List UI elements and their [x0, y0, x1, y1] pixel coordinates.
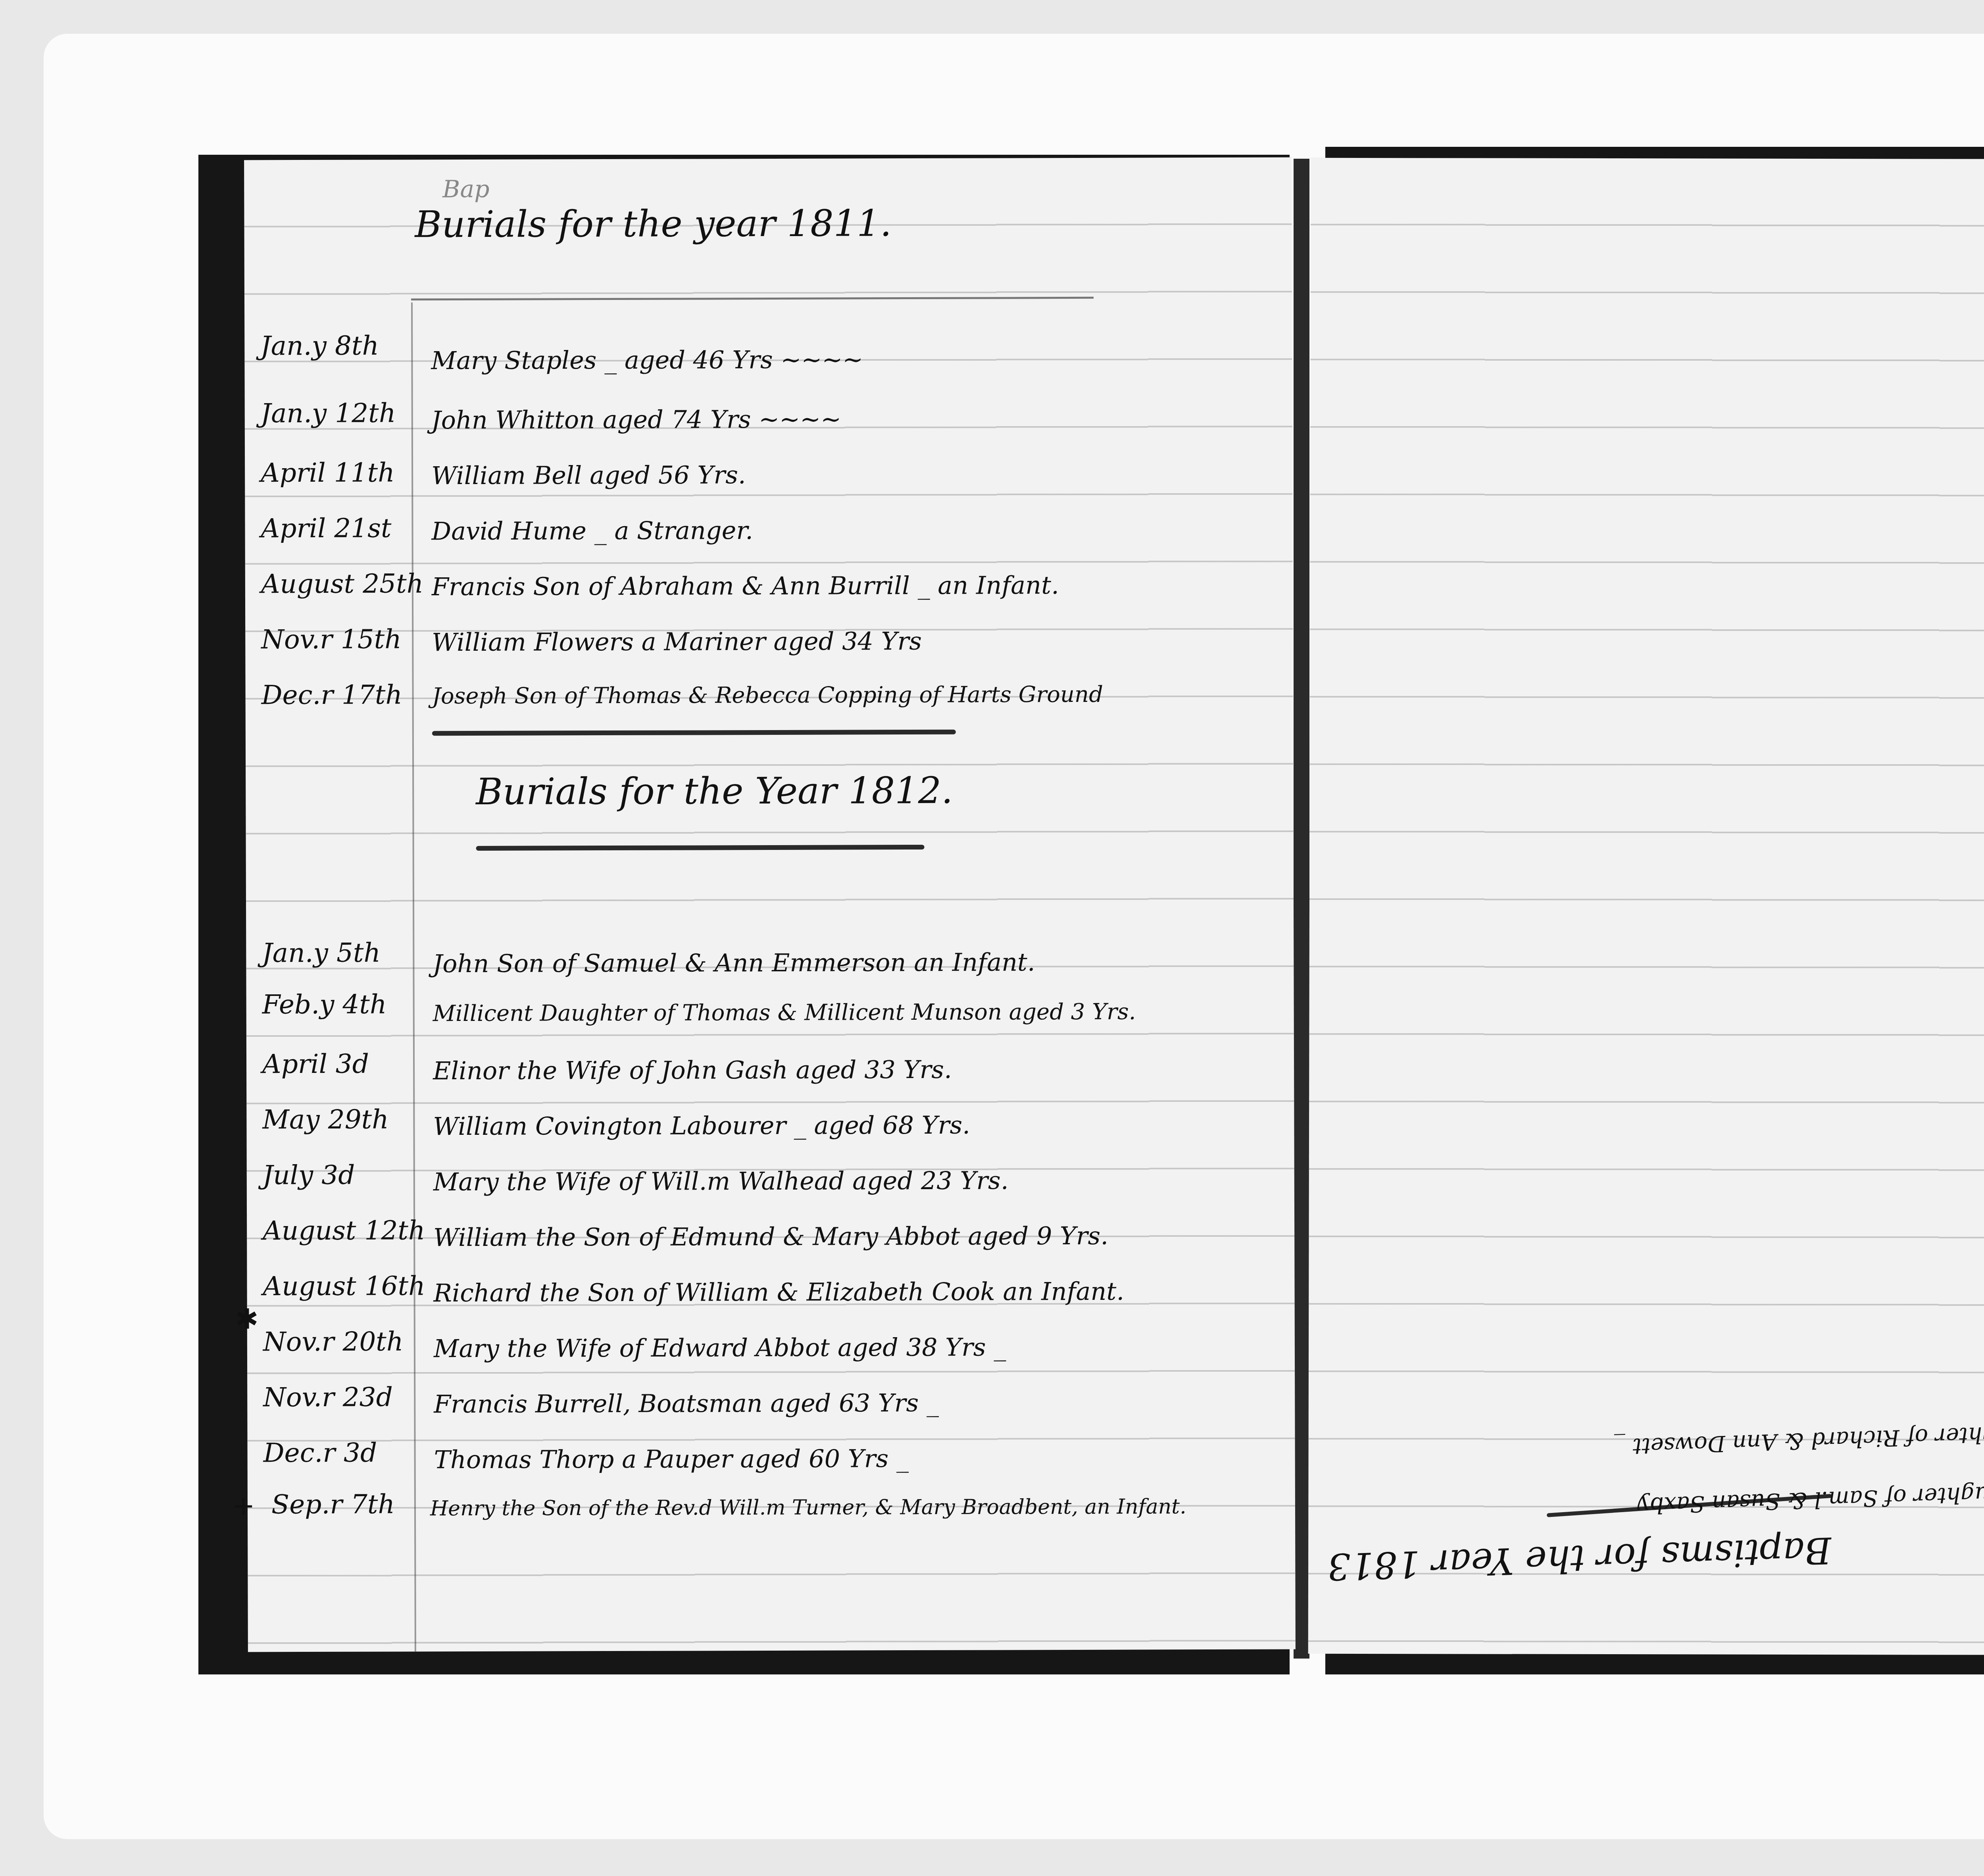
heading-1811: Burials for the year 1811. [415, 202, 892, 246]
entry-text: David Hume _ a Stranger. [431, 516, 753, 546]
entry-text: Francis Burrell, Boatsman aged 63 Yrs _ [434, 1388, 939, 1419]
heading-underline-1811 [411, 297, 1094, 301]
entry-date: August 12th [263, 1215, 429, 1246]
entry-text: Millicent Daughter of Thomas & Millicent… [433, 999, 1136, 1027]
entry-text: Hannah the Daughter of Richard & Ann Dow… [1614, 1415, 1984, 1460]
entry-text: William Covington Labourer _ aged 68 Yrs… [433, 1111, 970, 1141]
entry-date: Dec.r 3d [263, 1437, 430, 1468]
entry-date: July 3d [263, 1159, 429, 1190]
entry-date: Jan.y 5th [262, 937, 429, 968]
entry-date: August 25th [261, 568, 428, 599]
entry-date: May 29th [262, 1104, 429, 1135]
entry-date: April 21st [261, 513, 427, 544]
entry-text: Thomas Thorp a Pauper aged 60 Yrs _ [434, 1444, 909, 1474]
heading-underline-1812 [476, 845, 925, 851]
entry-text: John Whitton aged 74 Yrs ~~~~ [431, 405, 841, 435]
entry-date: Nov.r 23d [263, 1382, 430, 1413]
book-gutter [1294, 159, 1309, 1659]
entry-date: Jan.y 12th [261, 398, 427, 429]
entry-date: Sep.r 7th [271, 1489, 438, 1520]
entry-text: Joseph Son of Thomas & Rebecca Copping o… [432, 682, 1103, 709]
entry-text: Mary the Wife of Will.m Walhead aged 23 … [433, 1166, 1009, 1196]
entry-text: Henry the Son of the Rev.d Will.m Turner… [430, 1495, 1186, 1520]
margin-marker-cross: + [232, 1489, 255, 1522]
entry-date: April 11th [261, 457, 427, 488]
entry-date: April 3d [262, 1048, 429, 1079]
entry-text: Mary Staples _ aged 46 Yrs ~~~~ [431, 345, 863, 375]
entry-date: Dec.r 17th [261, 679, 428, 710]
left-page: Bap Burials for the year 1811. Jan.y 8th… [244, 158, 1296, 1652]
section-divider-rule [432, 730, 956, 736]
entry-date: Feb.y 4th [262, 989, 429, 1020]
entry-text: Francis Son of Abraham & Ann Burrill _ a… [432, 571, 1059, 601]
entry-date: Nov.r 15th [261, 624, 428, 655]
entry-text: Elinor the Wife of John Gash aged 33 Yrs… [433, 1055, 952, 1085]
heading-baptisms-1813: Baptisms for the Year 1813 [1327, 1529, 1832, 1588]
margin-marker-star: ✱ [235, 1303, 259, 1335]
entry-date: Nov.r 20th [263, 1326, 430, 1357]
entry-date: Jan.y 8th [260, 330, 427, 361]
right-page: — Baptisms for the Year 1813 Jan.y 3d Su… [1308, 158, 1984, 1656]
entry-text: Richard the Son of William & Elizabeth C… [433, 1277, 1124, 1308]
entry-date: August 16th [263, 1271, 429, 1301]
entry-text: William Flowers a Mariner aged 34 Yrs [432, 627, 922, 657]
entry-text: Mary the Wife of Edward Abbot aged 38 Yr… [434, 1332, 1006, 1363]
open-register-book: Bap Burials for the year 1811. Jan.y 8th… [198, 147, 1984, 1678]
faint-annotation: Bap [442, 175, 489, 203]
entry-text: William Bell aged 56 Yrs. [431, 460, 746, 490]
entry-text: John Son of Samuel & Ann Emmerson an Inf… [433, 948, 1035, 978]
entry-text: William the Son of Edmund & Mary Abbot a… [433, 1221, 1108, 1252]
heading-1812: Burials for the Year 1812. [476, 769, 953, 813]
entry-text: Susannah the Daughter of Sam.l & Susan S… [1637, 1475, 1984, 1518]
